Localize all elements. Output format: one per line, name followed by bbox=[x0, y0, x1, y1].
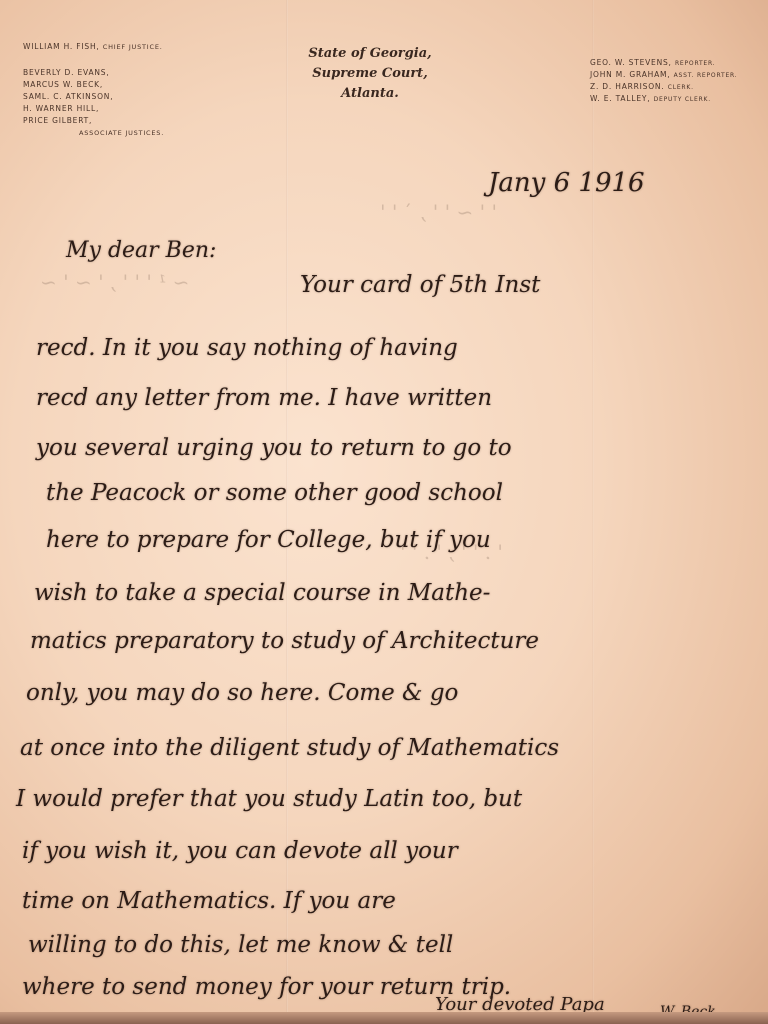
letter-line: recd. In it you say nothing of having bbox=[36, 335, 458, 361]
paper-edge bbox=[0, 1012, 768, 1024]
officer: Geo. W. Stevens, Reporter. bbox=[590, 57, 738, 69]
officer: John M. Graham, Asst. Reporter. bbox=[590, 69, 738, 81]
letter-line: recd any letter from me. I have written bbox=[36, 385, 492, 411]
letterhead-title: State of Georgia, Supreme Court, Atlanta… bbox=[285, 44, 455, 104]
paper-fold bbox=[592, 0, 594, 1024]
letter-line: you several urging you to return to go t… bbox=[36, 435, 512, 461]
letter-line: I would prefer that you study Latin too,… bbox=[16, 786, 522, 812]
associate-justice: Beverly D. Evans, bbox=[23, 67, 164, 79]
officer: Z. D. Harrison. Clerk. bbox=[590, 81, 738, 93]
officer: W. E. Talley, Deputy Clerk. bbox=[590, 93, 738, 105]
letter-line: here to prepare for College, but if you bbox=[46, 527, 491, 553]
letter-date: Jany 6 1916 bbox=[488, 168, 645, 198]
letter-line: wish to take a special course in Mathe- bbox=[34, 580, 490, 606]
associate-justices-label: Associate Justices. bbox=[79, 129, 164, 137]
letter-line: willing to do this, let me know & tell bbox=[28, 932, 453, 958]
letterhead-justices: William H. Fish, Chief Justice. Beverly … bbox=[23, 41, 164, 139]
letter-line: the Peacock or some other good school bbox=[46, 480, 503, 506]
letter-line: matics preparatory to study of Architect… bbox=[30, 628, 539, 654]
ink-bleed-through: ~ ¹ ' ' ' , ' ~ ' ~ bbox=[40, 270, 189, 294]
associate-justice: Saml. C. Atkinson, bbox=[23, 91, 164, 103]
ink-bleed-through: ' ' ~ ' ' , ` ' ' bbox=[380, 200, 497, 224]
letterhead-city: Atlanta. bbox=[285, 84, 455, 104]
paper-fold bbox=[286, 0, 288, 1024]
associate-justice: Marcus W. Beck, bbox=[23, 79, 164, 91]
letterhead-court: Supreme Court, bbox=[285, 64, 455, 84]
letterhead-officers: Geo. W. Stevens, Reporter. John M. Graha… bbox=[590, 57, 738, 105]
letterhead-state: State of Georgia, bbox=[285, 44, 455, 64]
letter-page: ~ ¹ ' ' ' , ' ~ ' ~ ' ' ~ ' ' , ` ' ' ' … bbox=[0, 0, 768, 1024]
associate-justice: H. Warner Hill, bbox=[23, 103, 164, 115]
letter-line: if you wish it, you can devote all your bbox=[22, 838, 458, 864]
letter-line: only, you may do so here. Come & go bbox=[26, 680, 458, 706]
letter-line: at once into the diligent study of Mathe… bbox=[20, 735, 559, 761]
letter-salutation: My dear Ben: bbox=[66, 238, 216, 263]
letter-line: time on Mathematics. If you are bbox=[22, 888, 396, 914]
associate-justice: Price Gilbert, bbox=[23, 115, 164, 127]
chief-justice: William H. Fish, Chief Justice. bbox=[23, 41, 164, 53]
letter-line: Your card of 5th Inst bbox=[300, 272, 540, 298]
